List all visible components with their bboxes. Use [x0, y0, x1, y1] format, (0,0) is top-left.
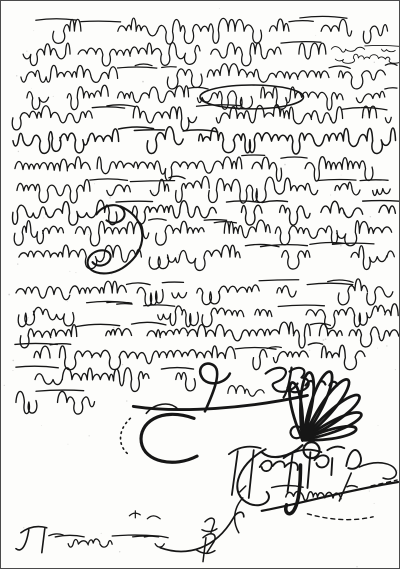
text-line: [36, 16, 388, 44]
scan-speckle: [12, 370, 13, 371]
scan-speckle: [184, 462, 185, 463]
signature-cross-tick: [339, 473, 351, 501]
scan-speckle: [188, 363, 189, 364]
big-c-dashed-curl: [121, 418, 131, 455]
text-line: [18, 301, 398, 328]
docket-swash: [160, 512, 244, 551]
scan-speckle: [88, 234, 89, 235]
text-line: [12, 105, 391, 131]
scan-speckle: [16, 75, 17, 76]
scan-speckle: [343, 61, 344, 62]
scan-speckle: [88, 541, 90, 543]
underline-swash: [133, 395, 307, 409]
scan-speckle: [311, 456, 312, 457]
scan-speckle: [94, 183, 95, 184]
text-line: [228, 386, 264, 397]
scan-speckle: [170, 127, 172, 129]
text-line: [13, 200, 399, 225]
manuscript-ink-svg: [1, 1, 399, 568]
docket-capital-p: [16, 527, 47, 553]
scan-speckle: [177, 366, 178, 367]
scan-speckle: [126, 400, 127, 401]
scan-speckle: [31, 88, 32, 89]
text-line: [16, 390, 95, 414]
manuscript-page: Full page of 17th-century Russian skorop…: [0, 0, 400, 569]
scan-speckle: [363, 114, 365, 116]
scan-speckle: [113, 327, 115, 329]
scan-speckle: [294, 463, 295, 464]
signature-left-loop: [237, 449, 269, 505]
scan-speckle: [109, 197, 111, 199]
scan-speckle: [378, 425, 379, 426]
text-line: [15, 155, 373, 181]
scan-speckle: [284, 164, 286, 166]
scan-speckle: [12, 360, 14, 362]
scan-speckle: [257, 195, 258, 196]
scan-speckle: [386, 345, 387, 346]
text-line: [13, 127, 396, 154]
docket-superscripts: [129, 511, 160, 519]
docket-line: [49, 534, 168, 547]
big-c-flourish: [141, 414, 197, 462]
scan-speckle: [374, 503, 375, 504]
text-line: [15, 343, 365, 370]
scan-speckle: [33, 30, 34, 31]
scan-speckle: [89, 232, 90, 233]
scan-speckle: [305, 337, 306, 338]
scan-speckle: [4, 385, 5, 386]
capital-d-ligature: [200, 364, 230, 412]
scan-speckle: [377, 348, 378, 349]
scan-speckle: [152, 290, 153, 291]
scan-speckle: [67, 301, 68, 302]
scan-speckle: [75, 272, 76, 273]
scan-speckle: [28, 317, 29, 318]
text-line: [19, 242, 394, 270]
scan-speckle: [89, 435, 90, 436]
text-line: [17, 176, 390, 203]
text-line: [21, 64, 397, 89]
signature-tail-right: [359, 463, 396, 479]
scan-speckle: [94, 254, 95, 255]
scan-speckle: [68, 444, 69, 445]
signature-word-petr: [284, 447, 361, 492]
scan-speckle: [356, 566, 357, 567]
text-line: [16, 366, 195, 391]
scan-speckle: [325, 338, 327, 340]
marginal-note-line: [331, 45, 399, 52]
docket-paren-curl: [235, 486, 246, 533]
scan-speckle: [374, 62, 375, 63]
scan-speckle: [178, 254, 179, 255]
scan-speckle: [18, 151, 19, 152]
text-line: [23, 42, 326, 66]
scan-speckle: [369, 490, 370, 491]
scan-speckle: [370, 216, 371, 217]
scan-speckle: [142, 81, 144, 83]
scan-speckle: [219, 8, 220, 9]
scan-speckle: [309, 350, 310, 351]
scan-speckle: [153, 192, 155, 194]
text-line: [14, 219, 391, 246]
scan-speckle: [26, 51, 27, 52]
scan-speckle: [8, 294, 10, 296]
scan-speckle: [86, 263, 87, 264]
scan-speckle: [340, 245, 342, 247]
scan-speckle: [53, 96, 54, 97]
text-line: [16, 279, 393, 306]
scan-speckle: [23, 527, 24, 528]
scan-speckle: [41, 425, 42, 426]
scan-speckle: [111, 273, 112, 274]
scan-speckle: [119, 551, 120, 552]
scan-speckle: [43, 217, 44, 218]
scan-speckle: [116, 70, 117, 71]
scan-speckle: [330, 195, 331, 196]
scan-speckle: [395, 369, 396, 370]
scan-speckle: [396, 470, 398, 472]
scan-speckle: [17, 263, 18, 264]
scan-speckle: [341, 175, 342, 176]
scan-speckle: [315, 35, 316, 36]
marginal-note-line: [335, 54, 399, 63]
scan-speckle: [323, 339, 325, 341]
scan-speckle: [52, 135, 53, 136]
scan-speckle: [259, 309, 260, 310]
scan-speckle: [360, 107, 361, 108]
scan-speckle: [101, 533, 102, 534]
scan-speckle: [122, 364, 123, 365]
scan-speckle: [69, 271, 70, 272]
